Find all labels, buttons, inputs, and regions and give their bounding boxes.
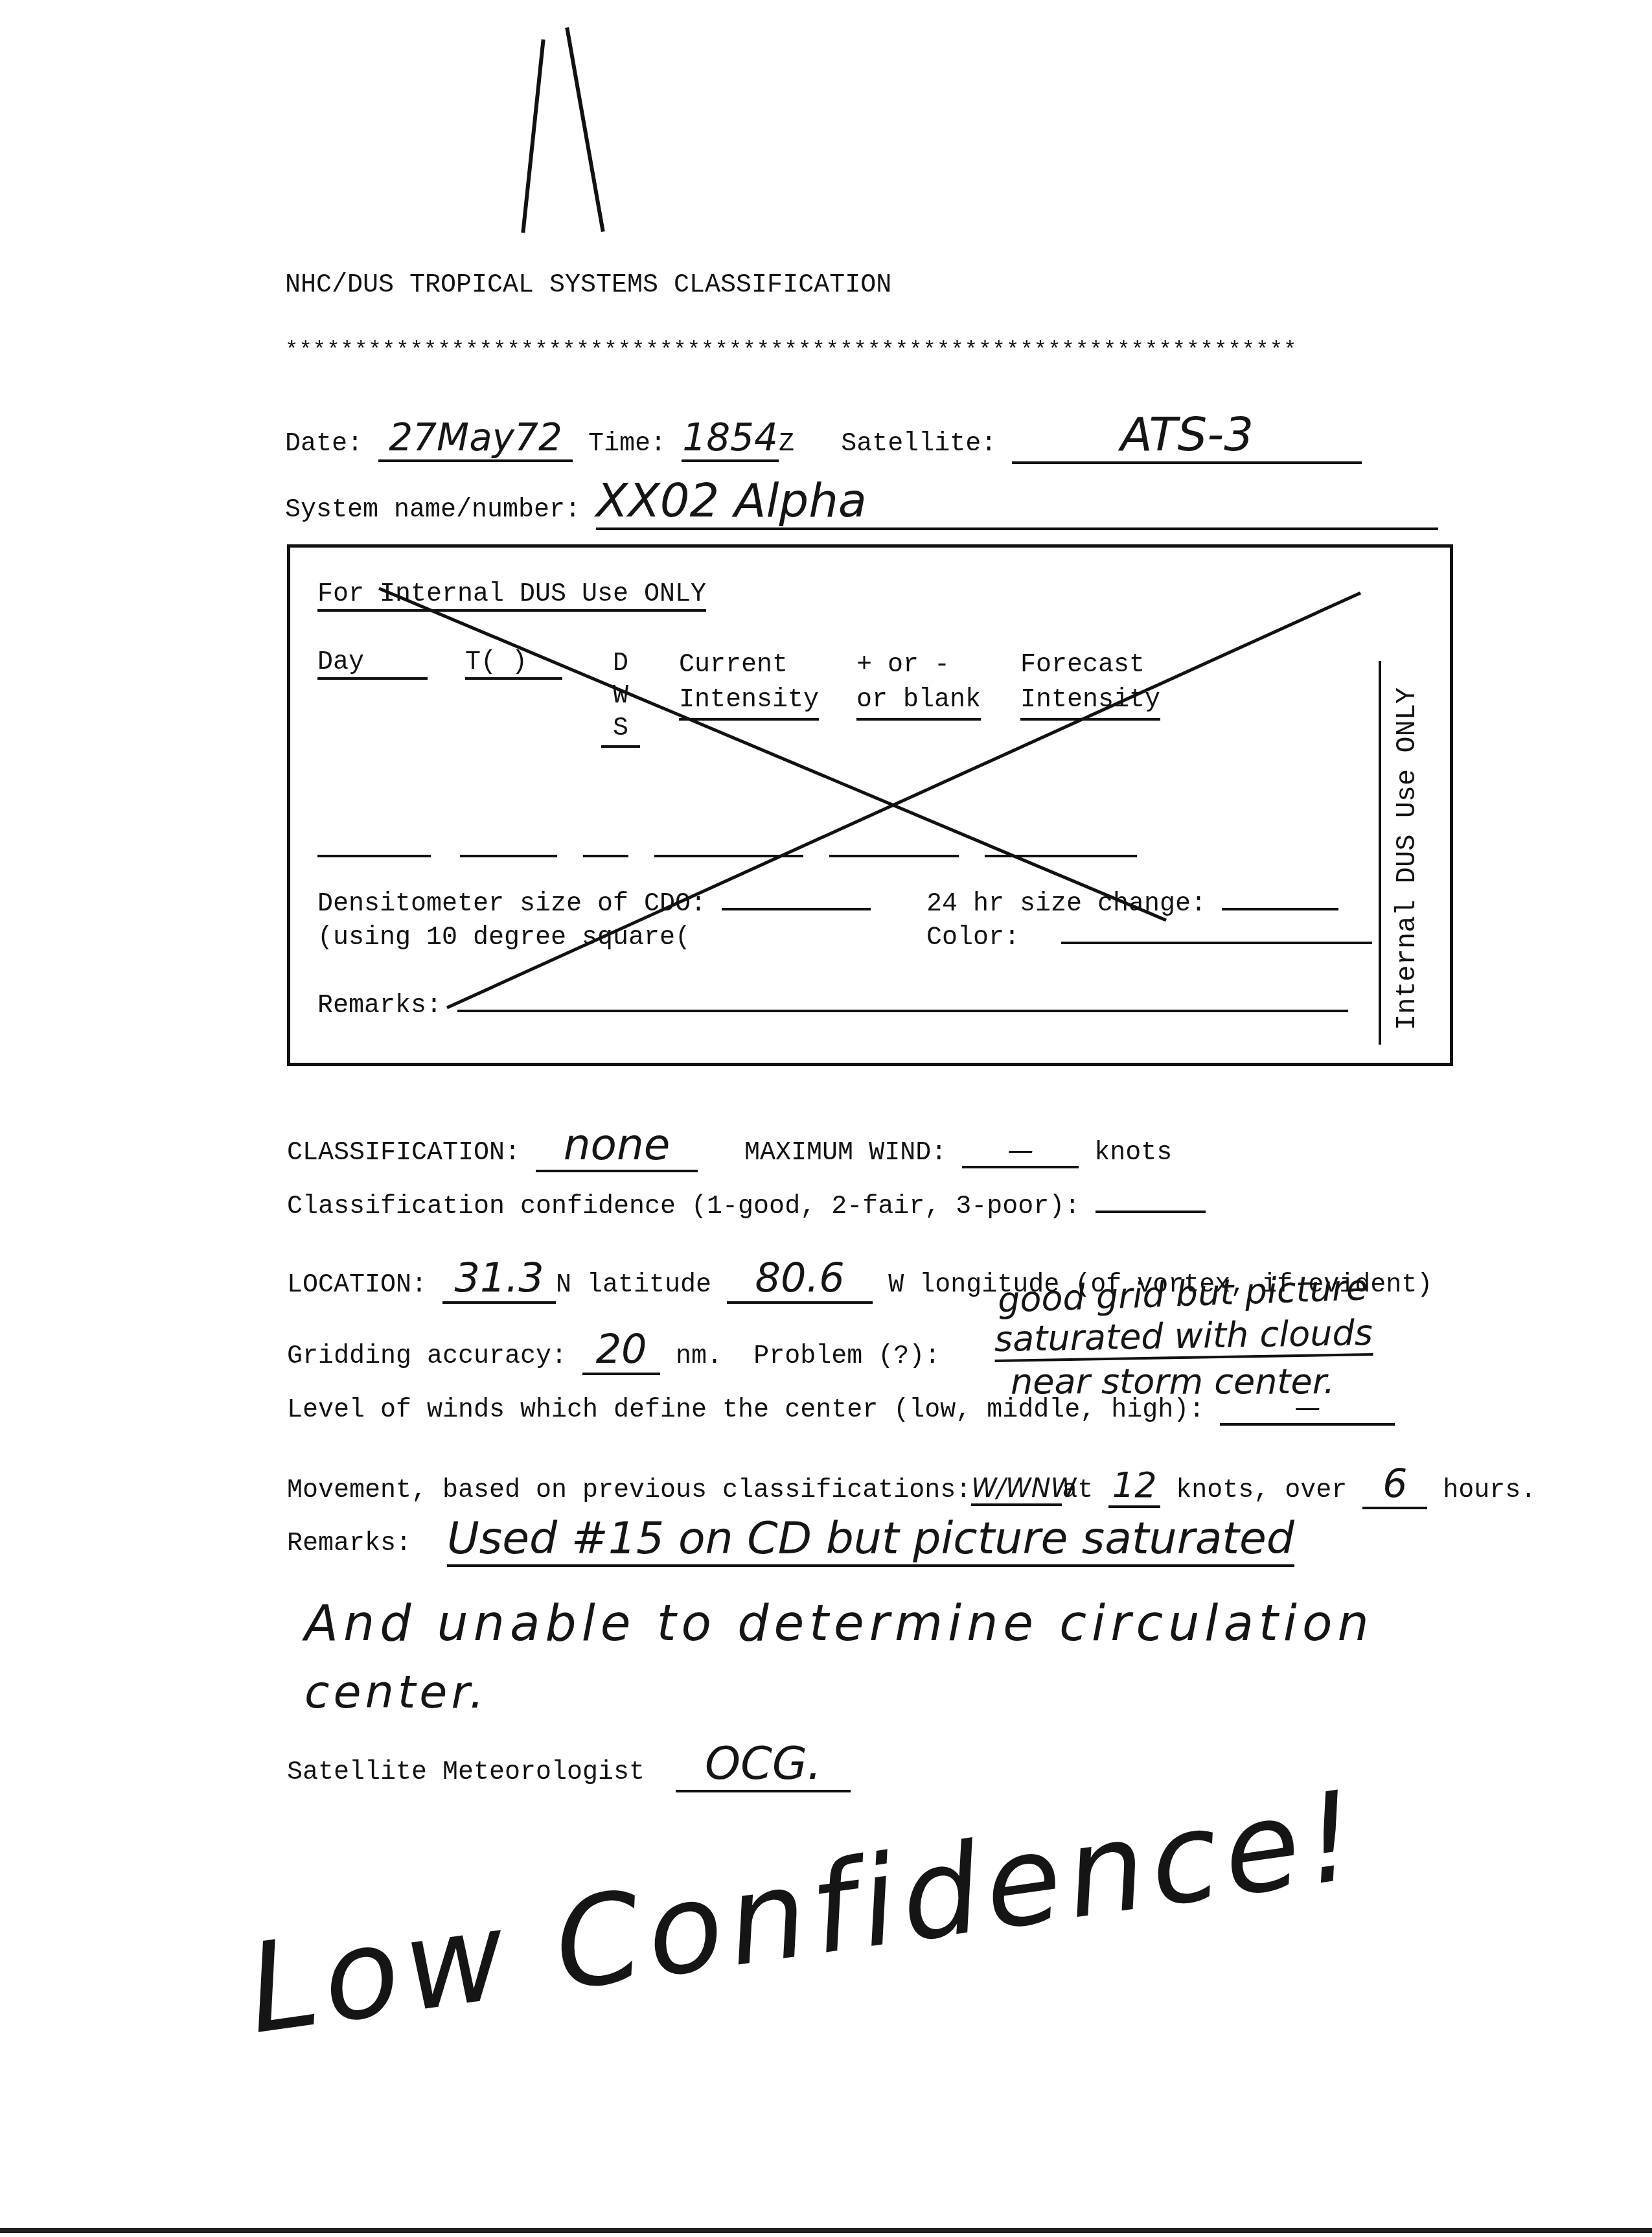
- movement-row: Movement, based on previous classificati…: [287, 1461, 1536, 1509]
- classification-value: none: [536, 1120, 698, 1172]
- movement-hours: 6: [1362, 1461, 1427, 1509]
- signature-row: Satellite Meteorologist OCG.: [287, 1737, 851, 1792]
- gridding-row: Gridding accuracy: 20 nm. Problem (?):: [287, 1325, 940, 1375]
- winds-level-row: Level of winds which define the center (…: [287, 1393, 1395, 1426]
- longitude-value: 80.6: [727, 1254, 873, 1304]
- confidence-row: Classification confidence (1-good, 2-fai…: [287, 1192, 1206, 1222]
- signature-value: OCG.: [676, 1737, 851, 1792]
- remarks-line-1: Used #15 on CD but picture saturated: [447, 1513, 1294, 1567]
- confidence-value: [1096, 1211, 1206, 1213]
- winds-level-value: —: [1220, 1393, 1395, 1426]
- gridding-value: 20: [582, 1325, 660, 1375]
- remarks-line-2: And unable to determine circulation: [304, 1594, 1374, 1652]
- movement-direction: W/WNW: [971, 1474, 1062, 1506]
- movement-speed: 12: [1108, 1465, 1160, 1508]
- scan-bottom-edge: [0, 2228, 1652, 2233]
- max-wind-value: —: [962, 1136, 1079, 1168]
- remarks-label: Remarks:: [287, 1529, 411, 1559]
- latitude-value: 31.3: [442, 1254, 556, 1304]
- problem-line-2: saturated with clouds: [994, 1312, 1373, 1362]
- remarks-line-3: center.: [304, 1665, 488, 1719]
- classification-row: CLASSIFICATION: none MAXIMUM WIND: — kno…: [287, 1120, 1172, 1172]
